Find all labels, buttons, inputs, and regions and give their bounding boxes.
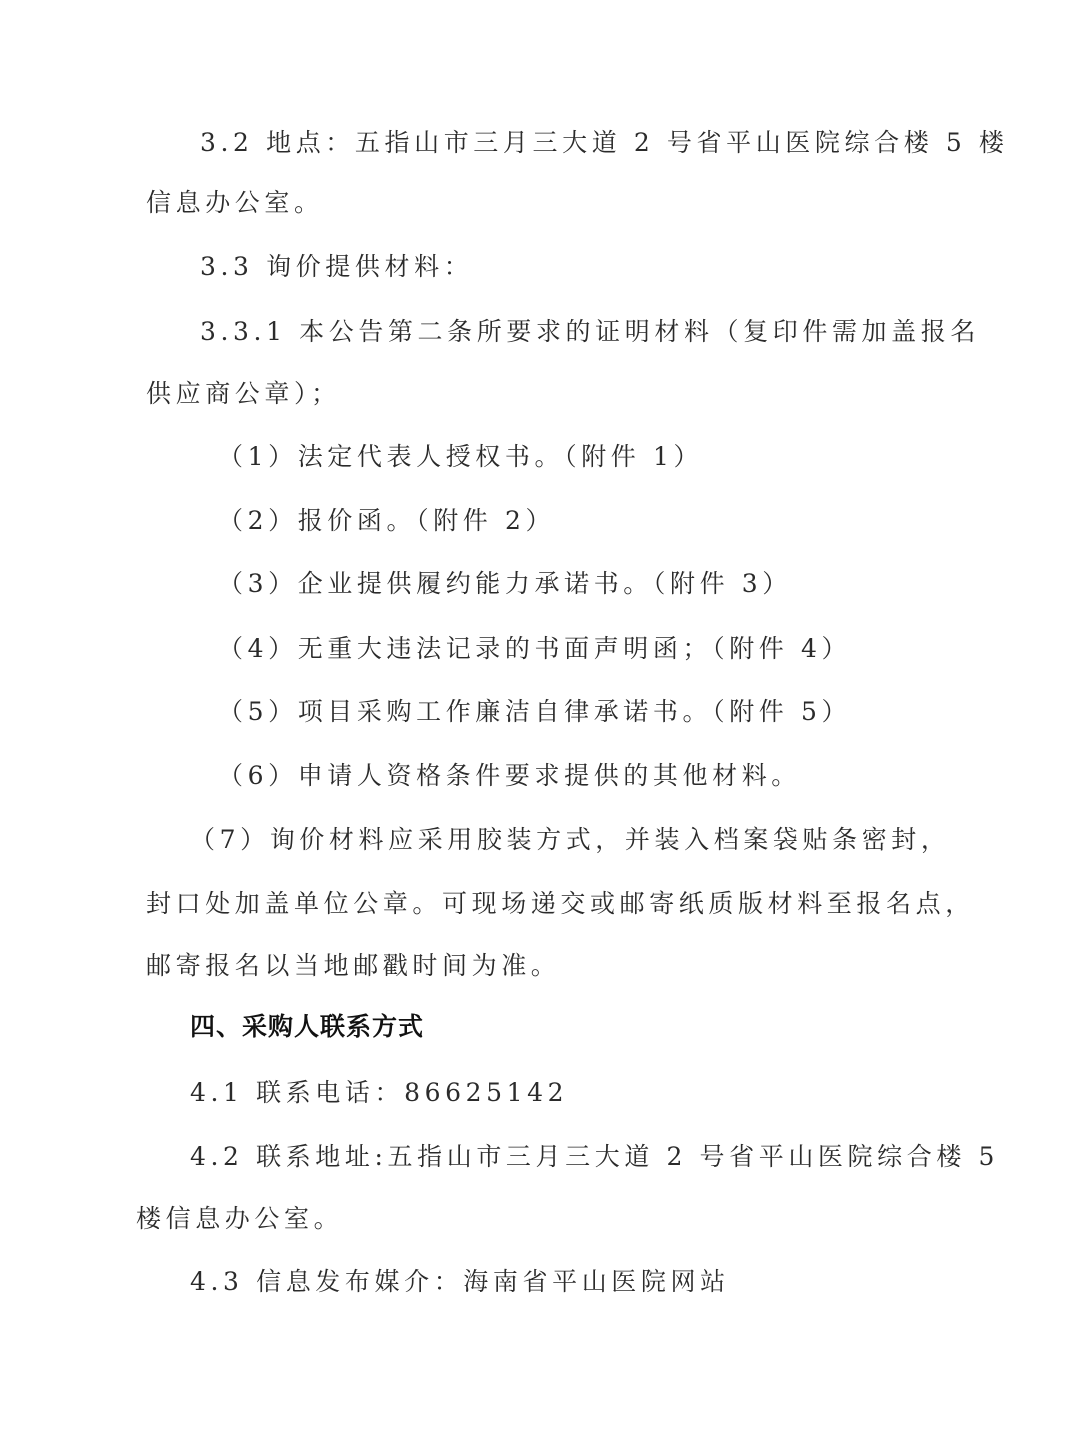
location-line-2: 信息办公室。 [146,186,324,220]
material-item-6: （6）申请人资格条件要求提供的其他材料。 [218,759,801,793]
contact-phone: 4.1 联系电话：86625142 [190,1076,568,1110]
section-heading-contact: 四、采购人联系方式 [190,1010,424,1044]
publication-media: 4.3 信息发布媒介：海南省平山医院网站 [190,1265,730,1299]
contact-address-line-2: 楼信息办公室。 [136,1202,343,1236]
material-item-3: （3）企业提供履约能力承诺书。（附件 3） [218,567,792,601]
material-item-5: （5）项目采购工作廉洁自律承诺书。（附件 5） [218,695,851,729]
proof-materials-line-2: 供应商公章）； [146,377,341,411]
binding-instructions-line-3: 邮寄报名以当地邮戳时间为准。 [146,949,560,983]
binding-instructions-line-1: （7）询价材料应采用胶装方式，并装入档案袋贴条密封， [190,823,951,857]
proof-materials-line-1: 3.3.1 本公告第二条所要求的证明材料（复印件需加盖报名 [200,315,980,349]
contact-address-line-1: 4.2 联系地址:五指山市三月三大道 2 号省平山医院综合楼 5 [190,1140,999,1174]
materials-title: 3.3 询价提供材料： [200,250,473,284]
material-item-1: （1）法定代表人授权书。（附件 1） [218,440,703,474]
material-item-2: （2）报价函。（附件 2） [218,504,555,538]
location-line-1: 3.2 地点：五指山市三月三大道 2 号省平山医院综合楼 5 楼 [200,126,1009,160]
binding-instructions-line-2: 封口处加盖单位公章。可现场递交或邮寄纸质版材料至报名点， [146,887,975,921]
material-item-4: （4）无重大违法记录的书面声明函；（附件 4） [218,632,851,666]
